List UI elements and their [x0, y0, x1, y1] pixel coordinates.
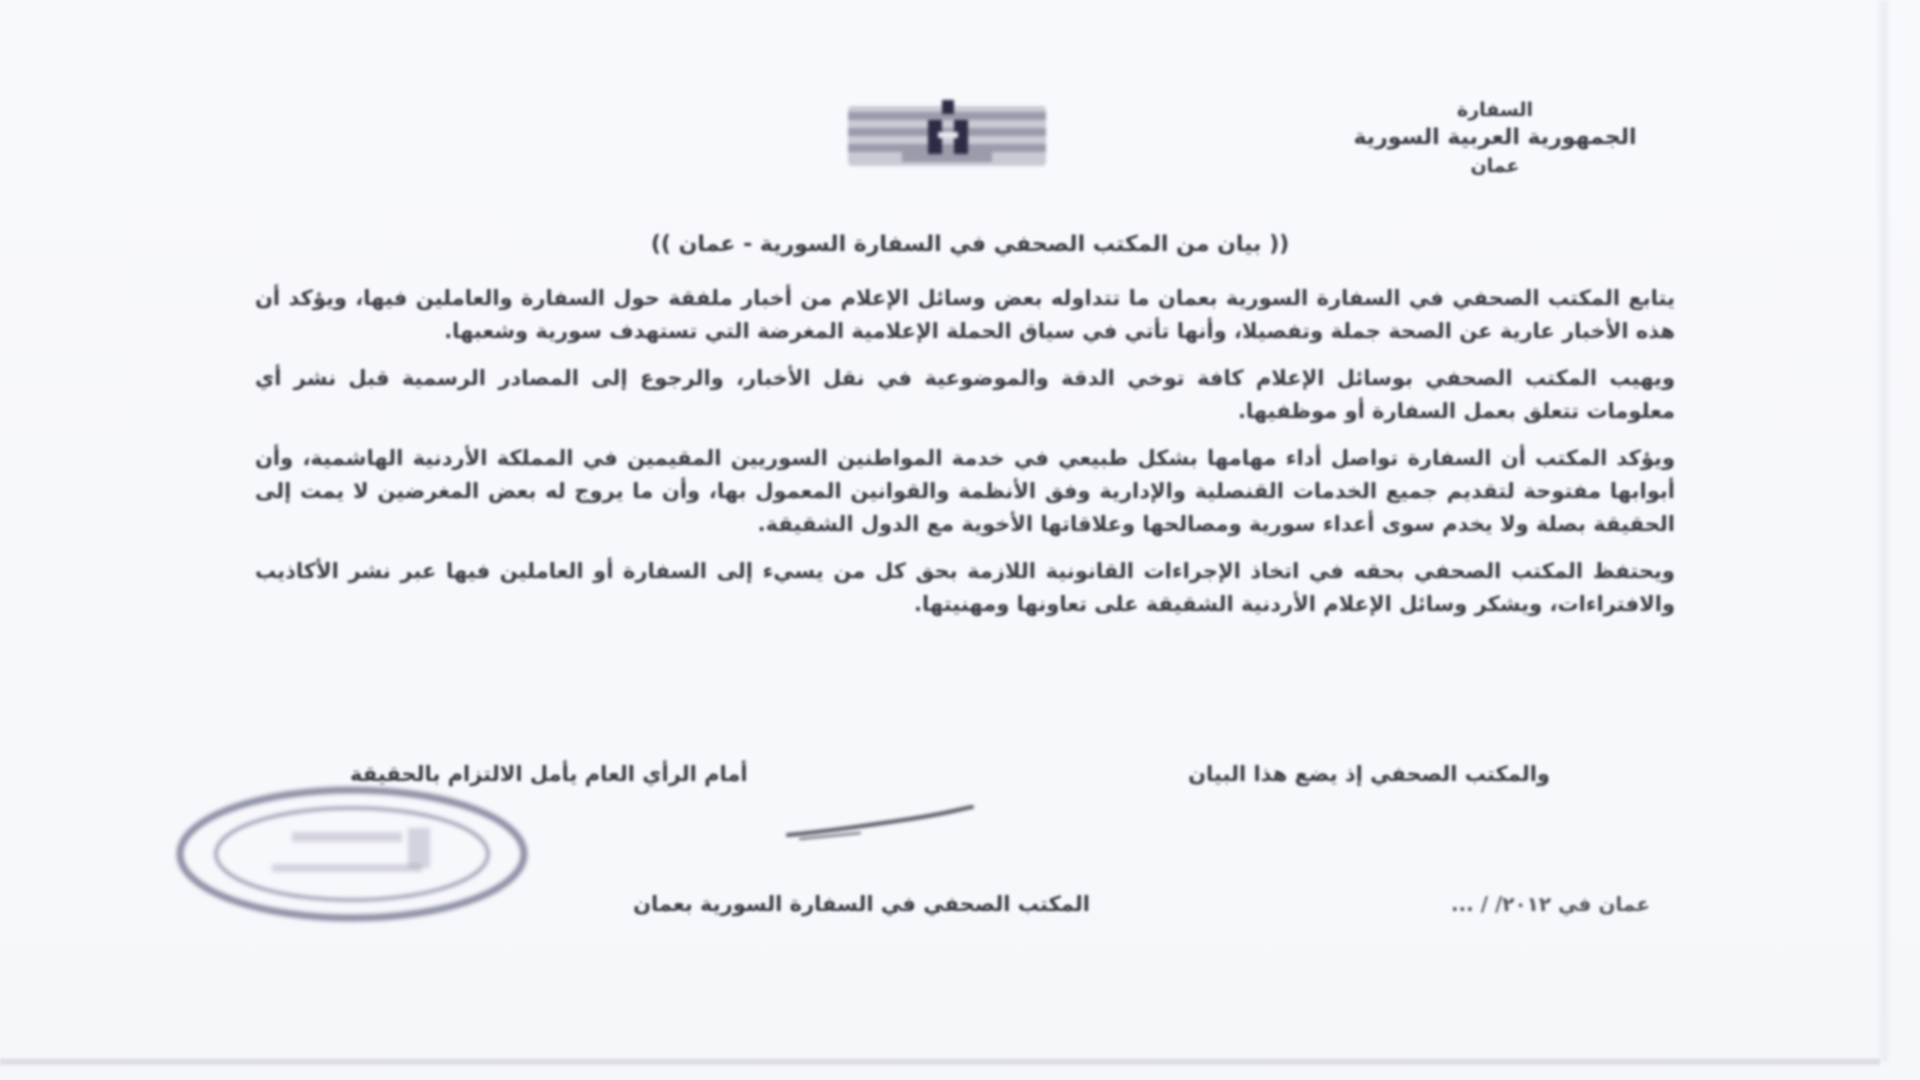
letterhead-line-3: عمان: [1215, 152, 1775, 180]
paragraph: ويحتفظ المكتب الصحفي بحقه في اتخاذ الإجر…: [255, 555, 1675, 621]
signature-icon: [780, 795, 980, 845]
letterhead: السفارة الجمهورية العربية السورية عمان: [1215, 96, 1775, 180]
document-title: (( بيان من المكتب الصحفي في السفارة السو…: [440, 232, 1500, 257]
page-edge-line: [0, 1058, 1880, 1066]
letterhead-line-2: الجمهورية العربية السورية: [1215, 124, 1775, 152]
signatory: المكتب الصحفي في السفارة السورية بعمان: [380, 892, 1090, 916]
document-page: السفارة الجمهورية العربية السورية عمان (…: [0, 0, 1920, 1080]
page-edge-shadow: [1878, 0, 1888, 1062]
document-date: عمان في ٢٠١٢/ / ...: [1340, 892, 1650, 916]
document-body: يتابع المكتب الصحفي في السفارة السورية ب…: [255, 282, 1675, 635]
closing-right: والمكتب الصحفي إذ يضع هذا البيان: [1188, 762, 1550, 786]
emblem-icon: [842, 98, 1052, 174]
paragraph: ويؤكد المكتب أن السفارة تواصل أداء مهامه…: [255, 442, 1675, 541]
paragraph: يتابع المكتب الصحفي في السفارة السورية ب…: [255, 282, 1675, 348]
paragraph: ويهيب المكتب الصحفي بوسائل الإعلام كافة …: [255, 362, 1675, 428]
letterhead-line-1: السفارة: [1215, 96, 1775, 124]
